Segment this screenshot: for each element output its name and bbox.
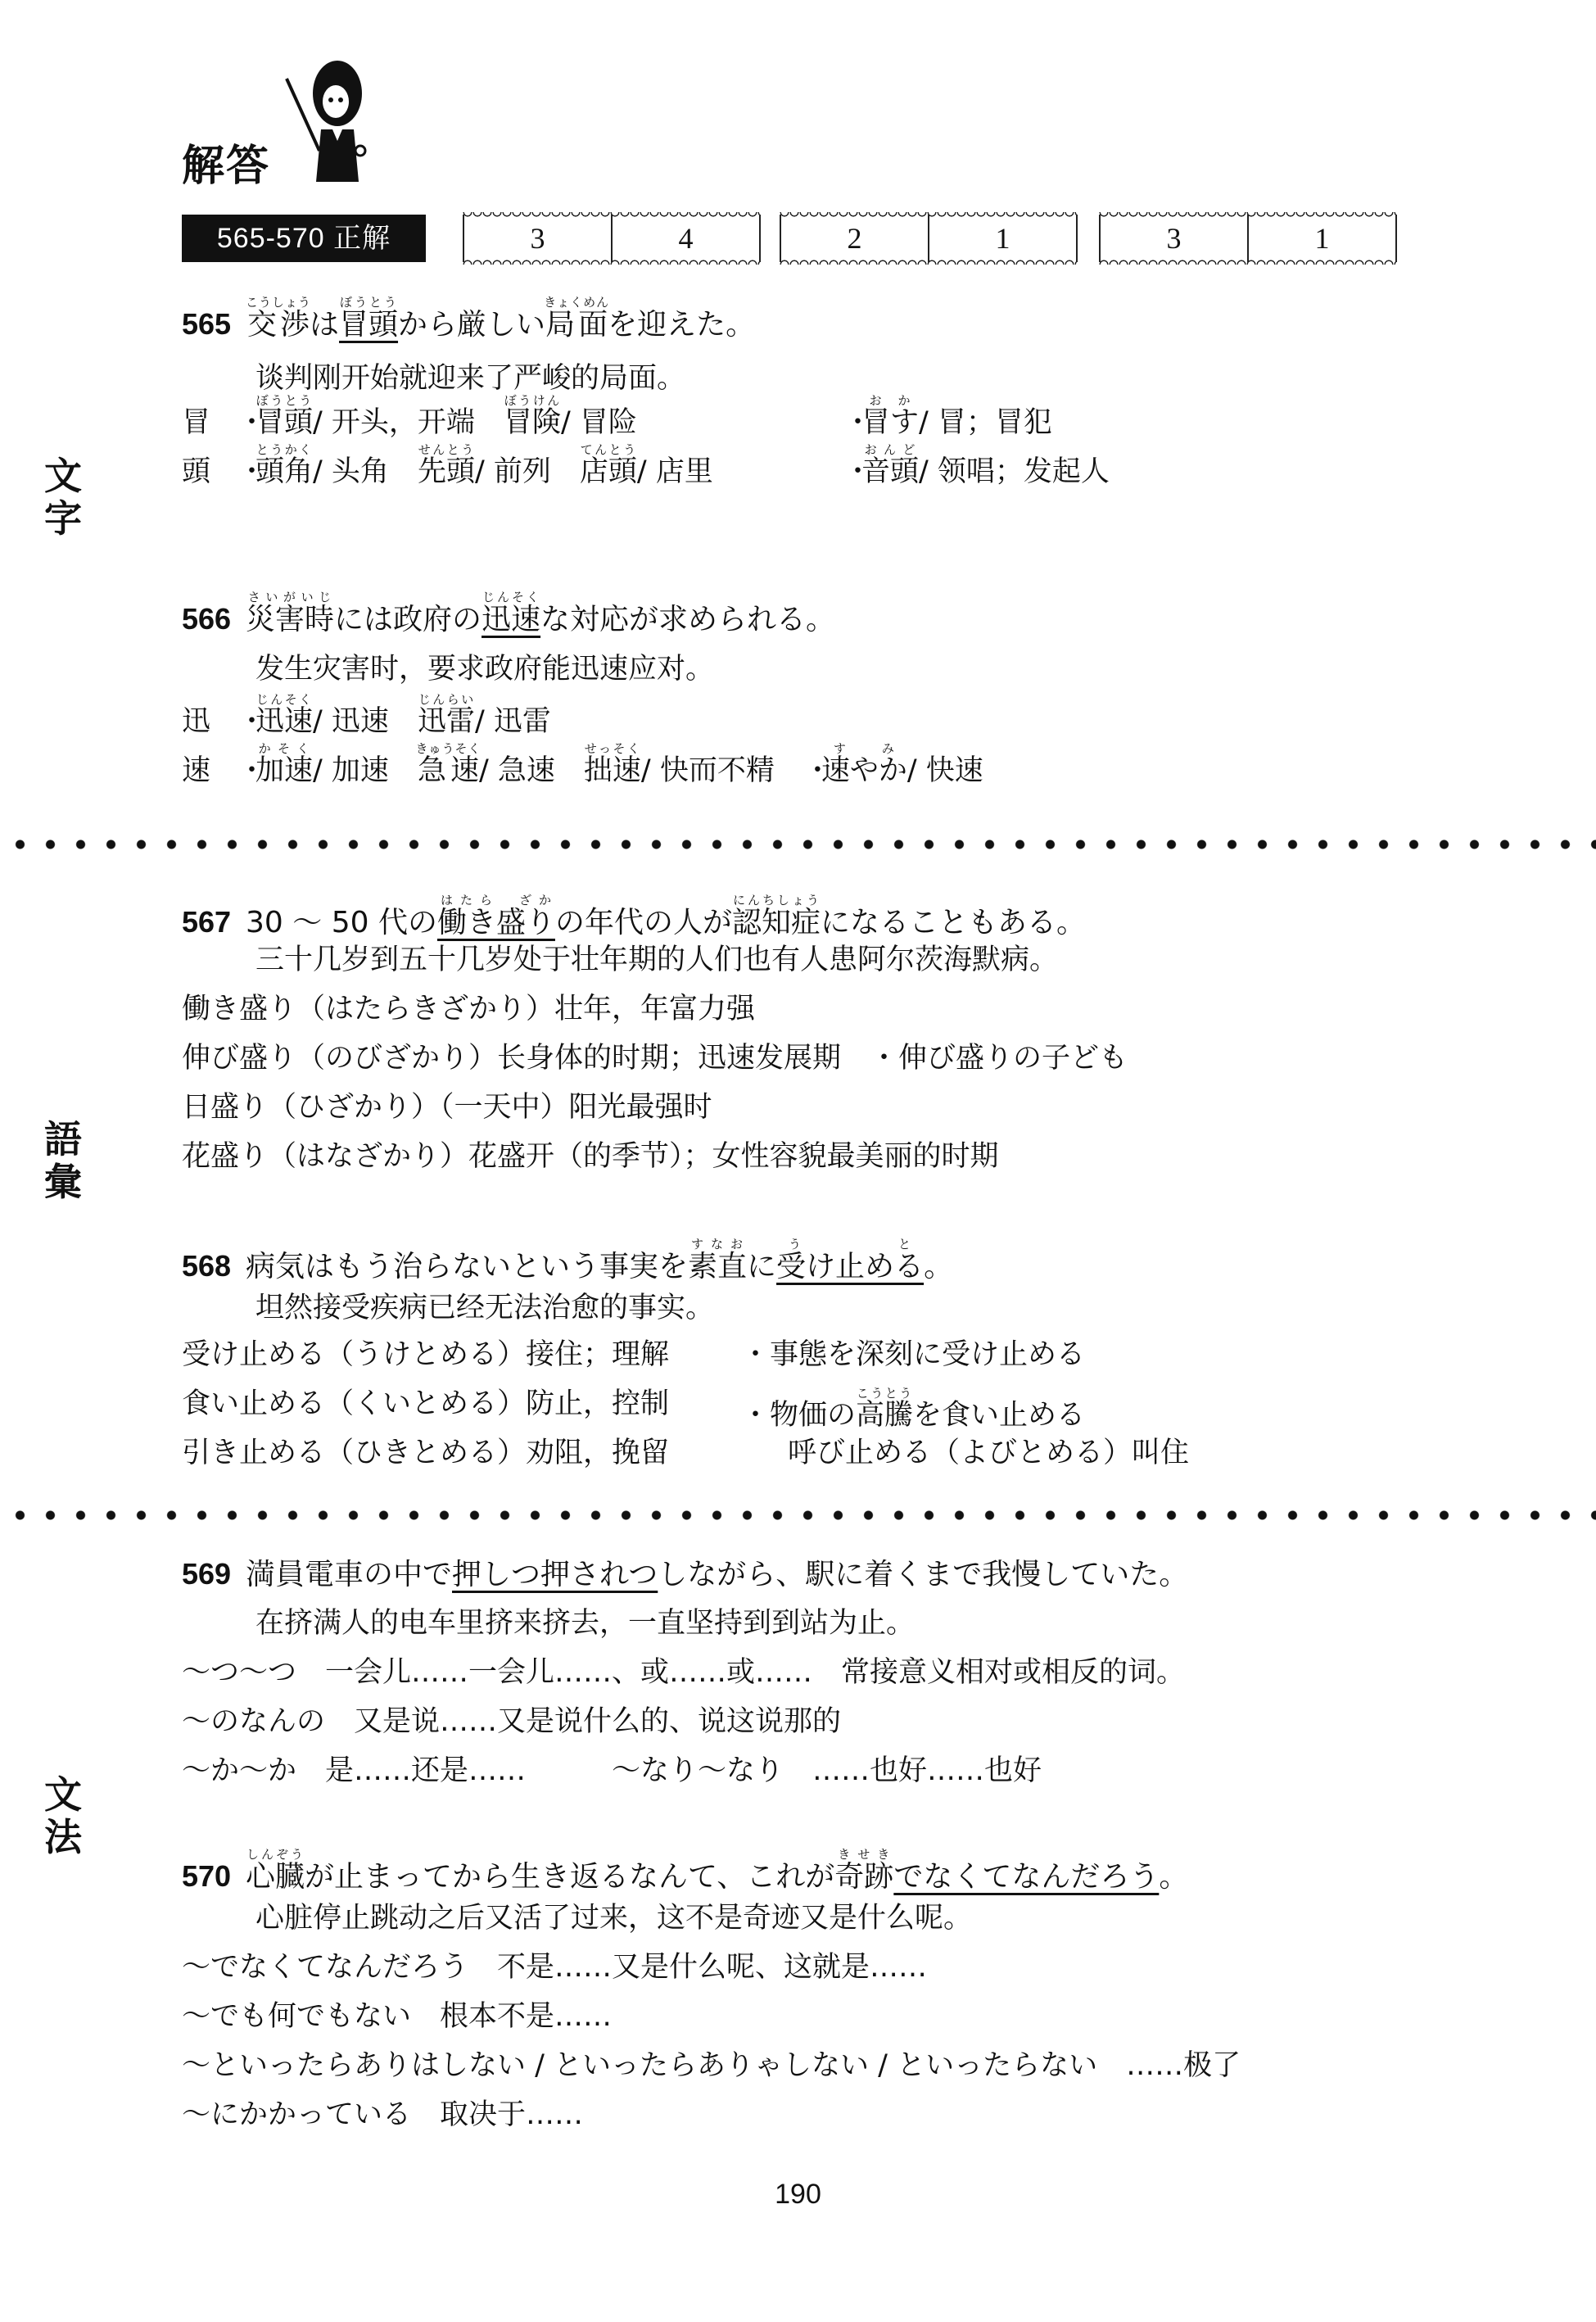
answer-group-1: 3 4 (463, 215, 761, 262)
question-570-translation: 心脏停止跳动之后又活了过来，这不是奇迹又是什么呢。 (255, 1900, 972, 1936)
grammar-note: ～でなくてなんだろう 不是……又是什么呢、这就是…… (182, 1949, 927, 1985)
vocab-note: 受け止める（うけとめる）接住；理解 (182, 1337, 669, 1373)
answer-568: 1 (928, 215, 1076, 262)
question-569-sentence: 569満員電車の中で押しつ押されつしながら、駅に着くまで我慢していた。 (182, 1556, 1188, 1593)
teacher-illustration-icon (278, 54, 377, 185)
kanji-row-bou-extra: ・冒すおか/ 冒；冒犯 (843, 393, 1052, 441)
answer-group-3: 3 1 (1099, 215, 1397, 262)
grammar-note: ～つ～つ 一会儿……一会儿……、或……或…… 常接意义相对或相反的词。 (182, 1654, 1185, 1691)
section-divider-2 (0, 1510, 1596, 1521)
vocab-example: ・物価の高騰こうとうを食い止める (741, 1386, 1085, 1433)
answer-567: 2 (781, 215, 928, 262)
answer-range-label: 565-570 正解 (182, 215, 426, 262)
answer-565: 3 (464, 215, 611, 262)
question-570-sentence: 570心臓しんぞうが止まってから生き返るなんて、これが奇跡きせきでなくてなんだろ… (182, 1847, 1188, 1895)
kanji-row-tou: 頭・頭角とうかく/ 头角 先頭せんとう/ 前列 店頭てんとう/ 店里 (182, 442, 713, 490)
vocab-note: 引き止める（ひきとめる）劝阻，挽留 (182, 1435, 669, 1471)
section-label-bunpo: 文 法 (43, 1773, 84, 1858)
question-568-translation: 坦然接受疾病已经无法治愈的事实。 (255, 1290, 714, 1326)
answer-566: 4 (611, 215, 759, 262)
vocab-note: 呼び止める（よびとめる）叫住 (788, 1435, 1189, 1471)
grammar-note: ～にかかっている 取决于…… (182, 2097, 583, 2133)
kanji-row-tou-extra: ・音頭おんど/ 领唱；发起人 (843, 442, 1110, 490)
vocab-note: 働き盛り（はたらきざかり）壮年，年富力强 (182, 991, 755, 1027)
question-566-sentence: 566災害時さいがいじには政府の迅速じんそくな対応が求められる。 (182, 590, 835, 638)
kanji-row-soku: 速・加速かそく/ 加速 急速きゅうそく/ 急速 拙速せっそく/ 快而不精 ・速や… (182, 741, 983, 789)
vocab-note: 日盛り（ひざかり）（一天中）阳光最强时 (182, 1089, 712, 1125)
page-title: 解答 (182, 131, 270, 192)
question-567-sentence: 56730 ～ 50 代の働き盛りはたら ざかの年代の人が認知症にんちしょうにな… (182, 893, 1086, 941)
kanji-row-jin: 迅・迅速じんそく/ 迅速 迅雷じんらい/ 迅雷 (182, 692, 551, 740)
vocab-note: 花盛り（はなざかり）花盛开（的季节）；女性容貌最美丽的时期 (182, 1138, 999, 1175)
question-566-translation: 发生灾害时，要求政府能迅速应对。 (255, 651, 714, 687)
section-divider-1 (0, 839, 1596, 850)
question-567-translation: 三十几岁到五十几岁处于壮年期的人们也有人患阿尔茨海默病。 (255, 942, 1058, 978)
question-569-translation: 在挤满人的电车里挤来挤去，一直坚持到到站为止。 (255, 1605, 915, 1641)
grammar-note: ～といったらありはしない / といったらありゃしない / といったらない ……极… (182, 2048, 1241, 2084)
kanji-row-bou: 冒・冒頭ぼうとう/ 开头，开端 冒険ぼうけん/ 冒险 (182, 393, 637, 441)
vocab-note: 食い止める（くいとめる）防止，控制 (182, 1386, 669, 1422)
grammar-note: ～か～か 是……还是…… ～なり～なり ……也好……也好 (182, 1753, 1042, 1789)
section-label-goi: 語 彙 (43, 1118, 84, 1203)
page-number: 190 (0, 2179, 1596, 2211)
question-565-translation: 谈判刚开始就迎来了严峻的局面。 (255, 360, 685, 396)
vocab-note: 伸び盛り（のびざかり）长身体的时期；迅速发展期 ・伸び盛りの子ども (182, 1040, 1128, 1076)
answer-569: 3 (1101, 215, 1247, 262)
question-568-sentence: 568病気はもう治らないという事実を素直すなおに受け止めるう と。 (182, 1237, 953, 1285)
grammar-note: ～でも何でもない 根本不是…… (182, 1998, 612, 2035)
question-565-sentence: 565交渉こうしょうは冒頭ぼうとうから厳しい局面きょくめんを迎えた。 (182, 295, 755, 343)
answer-570: 1 (1247, 215, 1395, 262)
answer-group-2: 2 1 (780, 215, 1078, 262)
section-label-moji: 文 字 (43, 455, 84, 540)
vocab-example: ・事態を深刻に受け止める (741, 1337, 1085, 1373)
grammar-note: ～のなんの 又是说……又是说什么的、说这说那的 (182, 1704, 841, 1740)
